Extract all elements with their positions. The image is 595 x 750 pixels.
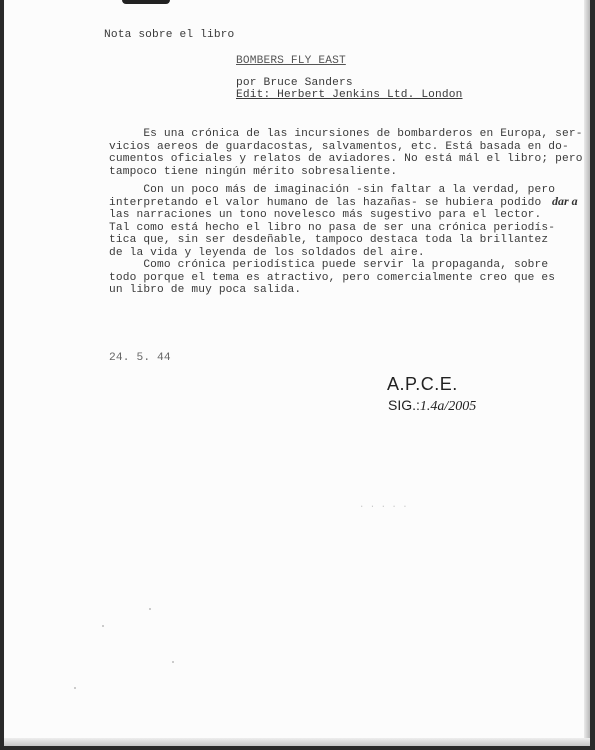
scan-speck [74, 687, 76, 689]
scan-speck [102, 625, 104, 627]
document-heading: Nota sobre el libro [104, 29, 234, 42]
paragraph-1: Es una crónica de las incursiones de bom… [109, 128, 583, 178]
author-line: por Bruce Sanders [236, 77, 353, 90]
archive-stamp-signature: SIG.:1.4a/2005 [388, 397, 476, 415]
signature-value: 1.4a/2005 [420, 399, 476, 414]
scan-clip-mark [122, 0, 170, 4]
page-edge-bottom [4, 738, 590, 746]
page-edge-right [584, 0, 590, 746]
archive-stamp-organization: A.P.C.E. [387, 374, 458, 395]
faint-scan-marks: · · · · · [359, 502, 408, 512]
paragraph-3: Como crónica periodística puede servir l… [109, 259, 555, 297]
book-title: BOMBERS FLY EAST [236, 55, 346, 68]
document-page: Nota sobre el libro BOMBERS FLY EAST por… [4, 0, 590, 746]
publisher-line: Edit: Herbert Jenkins Ltd. London [236, 89, 463, 102]
scan-speck [149, 608, 151, 610]
scan-speck [172, 661, 174, 663]
document-date: 24. 5. 44 [109, 352, 171, 365]
paragraph-2: Con un poco más de imaginación -sin falt… [109, 184, 555, 260]
signature-label: SIG.: [388, 397, 420, 413]
handwritten-insert: dar a [552, 194, 578, 209]
